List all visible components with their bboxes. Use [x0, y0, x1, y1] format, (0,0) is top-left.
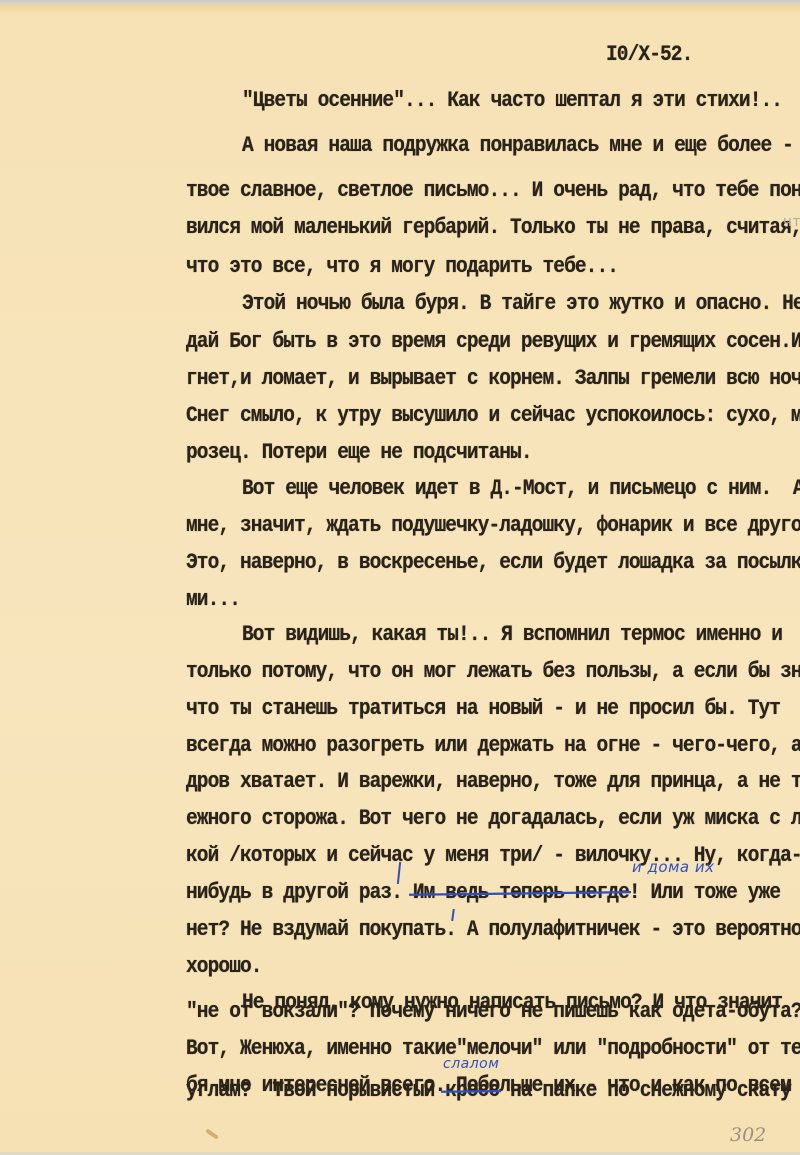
margin-fragment: чт	[783, 214, 800, 231]
text-line: дай Бог быть в это время среди ревущих и…	[186, 329, 800, 354]
paper-stain	[205, 1128, 219, 1139]
text-line: розец. Потери еще не подсчитаны.	[186, 440, 532, 465]
text-line: твое славное, светлое письмо... И очень …	[186, 178, 800, 203]
text-line: что это все, что я могу подарить тебе...	[186, 254, 618, 279]
text-line: Вот видишь, какая ты!.. Я вспомнил термо…	[242, 622, 782, 647]
text-span: Или тоже уже	[640, 880, 780, 905]
text-line: только потому, что он мог лежать без пол…	[186, 659, 800, 684]
struck-text: Им ведь теперь негде	[413, 880, 629, 905]
text-line: что ты станешь тратиться на новый - и не…	[186, 696, 780, 721]
text-line: Снег смыло, к утру высушило и сейчас усп…	[186, 403, 800, 428]
text-line: "не от вокзали"? Почему ничего не пишешь…	[186, 999, 800, 1024]
text-line: мне, значит, ждать подушечку-ладошку, фо…	[186, 513, 800, 538]
text-line: нет? Не вздумай покупать. А полулафитнич…	[186, 917, 800, 942]
letter-date: I0/X-52.	[606, 42, 692, 67]
text-line: Вот еще человек идет в Д.-Мост, и письме…	[242, 476, 800, 501]
struck-text: кросс	[445, 1078, 499, 1103]
text-line: всегда можно разогреть или держать на ог…	[186, 733, 800, 758]
text-line: вился мой маленький гербарий. Только ты …	[186, 215, 800, 240]
text-line: ежного сторожа. Вот чего не догадалась, …	[186, 806, 800, 831]
document-page: I0/X-52. "Цветы осенние"... Как часто ше…	[0, 0, 800, 1155]
text-span: углам? Твой порывистый	[186, 1078, 445, 1103]
text-line: гнет,и ломает, и вырывает с корнем. Залп…	[186, 366, 800, 391]
text-span: нибудь в другой раз	[186, 880, 391, 905]
text-line: А новая наша подружка понравилась мне и …	[242, 133, 793, 158]
text-line: ми...	[186, 587, 240, 612]
text-line: Этой ночью была буря. В тайге это жутко …	[242, 291, 800, 316]
text-line: дров хватает. И варежки, наверно, тоже д…	[186, 769, 800, 794]
text-line-with-correction: нибудь в другой раз. Им ведь теперь негд…	[186, 880, 780, 905]
handwritten-insert: слалом	[443, 1056, 499, 1072]
text-line: "Цветы осенние"... Как часто шептал я эт…	[242, 88, 782, 113]
page-number: 302	[730, 1124, 766, 1146]
text-span: на папке по снежному скату	[499, 1078, 791, 1103]
text-line: хорошо.	[186, 954, 262, 979]
text-line-with-correction: углам? Твой порывистый кросс на папке по…	[186, 1078, 791, 1103]
text-line: Это, наверно, в воскресенье, если будет …	[186, 550, 800, 575]
handwritten-insert: и дома их	[632, 858, 714, 876]
